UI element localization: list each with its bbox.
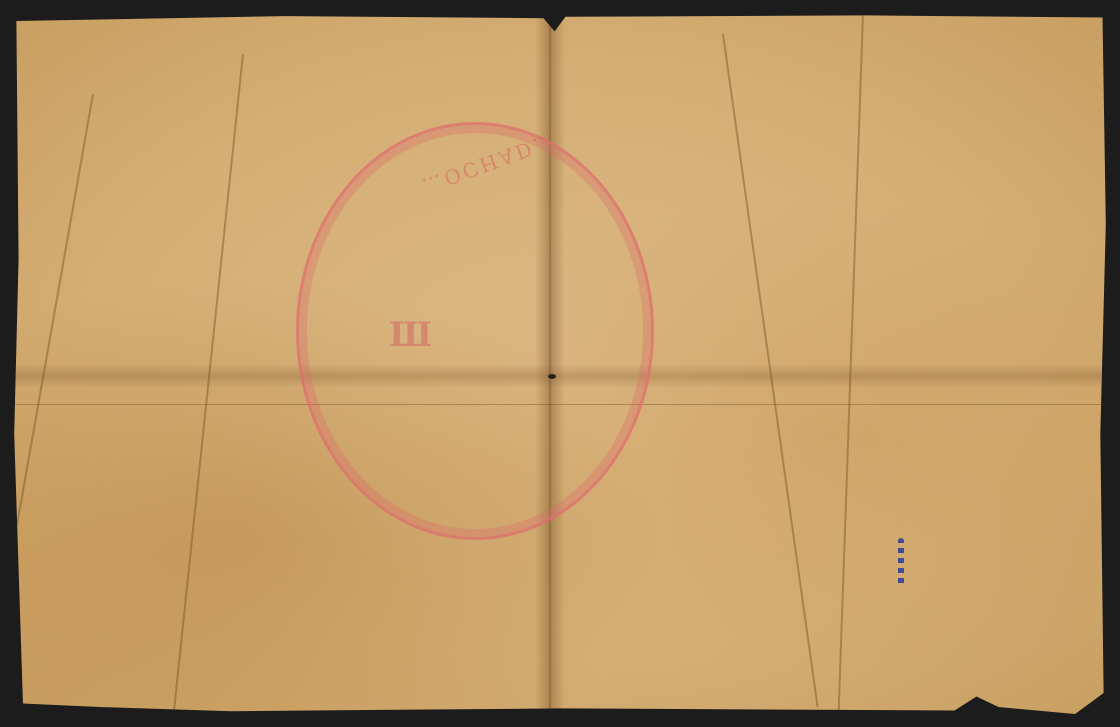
stamp-center-mark: Ш [389,315,432,355]
banknote-paper: …OCHAD… Ш [12,14,1108,714]
red-circular-stamp: …OCHAD… Ш [296,122,654,540]
crease-line [12,94,94,685]
blue-ink-marks [898,538,904,588]
fold-hole [548,374,556,379]
stamp-text: …OCHAD… [419,128,559,199]
